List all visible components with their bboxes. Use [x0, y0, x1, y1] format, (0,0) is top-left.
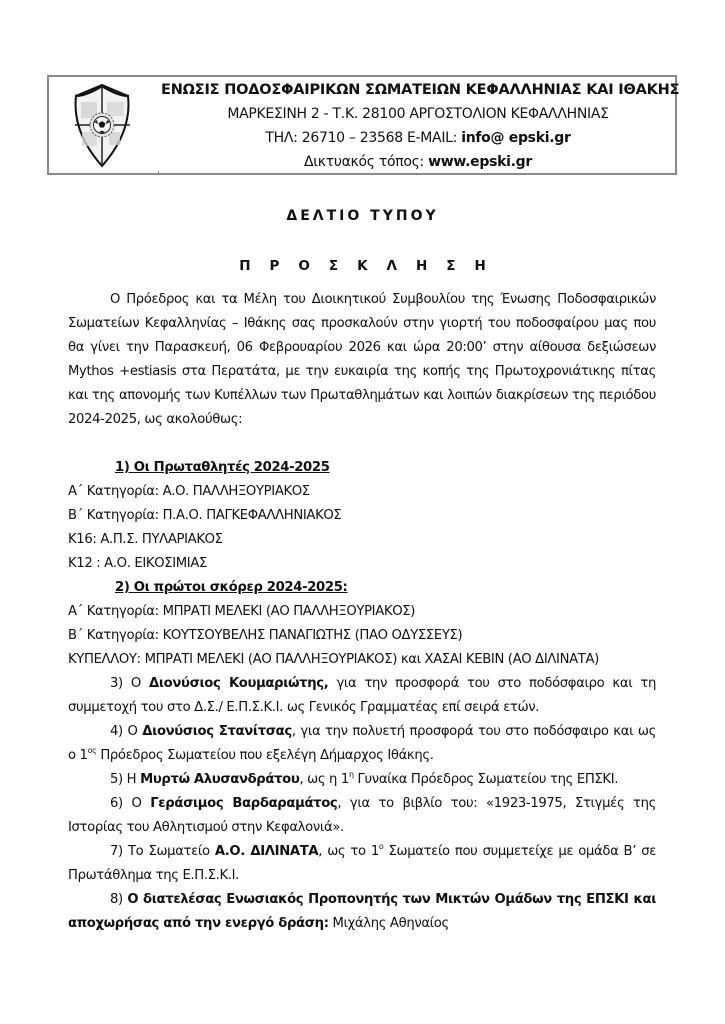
honoree-name: Διονύσιος Κουμαριώτης,	[149, 676, 328, 691]
scorer-item: Α΄ Κατηγορία: ΜΠΡΑΤΙ ΜΕΛΕΚΙ (ΑΟ ΠΑΛΛΗΞΟΥ…	[68, 600, 656, 624]
org-address: ΜΑΡΚΕΣΙΝΗ 2 - Τ.Κ. 28100 ΑΡΓΟΣΤΟΛΙΟΝ ΚΕΦ…	[161, 102, 675, 126]
document-page: ΕΝΩΣΙΣ ΠΟΔΟΣΦΑΙΡΙΚΩΝ ΣΩΜΑΤΕΙΩΝ ΚΕΦΑΛΛΗΝΙ…	[0, 0, 725, 1024]
org-website: Δικτυακός τόπος: www.epski.gr	[161, 150, 675, 174]
honor-item-7: 7) Το Σωματείο Α.Ο. ΔΙΛΙΝΑΤΑ, ως το 1ο Σ…	[68, 840, 656, 888]
section-champions-title: 1) Οι Πρωταθλητές 2024-2025	[68, 456, 656, 480]
website-link[interactable]: www.epski.gr	[428, 154, 532, 170]
champion-item: Β΄ Κατηγορία: Π.Α.Ο. ΠΑΓΚΕΦΑΛΛΗΝΙΑΚΟΣ	[68, 504, 656, 528]
honor-item-5: 5) Η Μυρτώ Αλυσανδράτου, ως η 1η Γυναίκα…	[68, 768, 656, 792]
honor-item-6: 6) Ο Γεράσιμος Βαρδαραμάτος, για το βιβλ…	[68, 792, 656, 840]
invitation-heading: ΠΡΟΣΚΛΗΣΗ	[0, 258, 725, 274]
scorer-item: Β΄ Κατηγορία: ΚΟΥΤΣΟΥΒΕΛΗΣ ΠΑΝΑΓΙΩΤΗΣ (Π…	[68, 624, 656, 648]
letterhead: ΕΝΩΣΙΣ ΠΟΔΟΣΦΑΙΡΙΚΩΝ ΣΩΜΑΤΕΙΩΝ ΚΕΦΑΛΛΗΝΙ…	[47, 75, 677, 175]
honor-item-4: 4) Ο Διονύσιος Στανίτσας, για την πολυετ…	[68, 720, 656, 768]
shield-crest-with-football-icon	[66, 82, 138, 170]
honoree-name: Γεράσιμος Βαρδαραμάτος	[150, 796, 337, 811]
honoree-name: Μυρτώ Αλυσανδράτου	[140, 772, 299, 787]
org-name: ΕΝΩΣΙΣ ΠΟΔΟΣΦΑΙΡΙΚΩΝ ΣΩΜΑΤΕΙΩΝ ΚΕΦΑΛΛΗΝΙ…	[161, 78, 675, 102]
org-contact: ΤΗΛ: 26710 – 23568 E-MAIL: info@ epski.g…	[161, 126, 675, 150]
section-scorers-title: 2) Οι πρώτοι σκόρερ 2024-2025:	[68, 576, 656, 600]
honoree-name: Α.Ο. ΔΙΛΙΝΑΤΑ	[215, 844, 318, 859]
intro-paragraph: Ο Πρόεδρος και τα Μέλη του Διοικητικού Σ…	[68, 288, 656, 432]
honor-item-8: 8) Ο διατελέσας Ενωσιακός Προπονητής των…	[68, 888, 656, 936]
email-link[interactable]: info@ epski.gr	[461, 130, 570, 146]
honor-item-3: 3) Ο Διονύσιος Κουμαριώτης, για την προσ…	[68, 672, 656, 720]
letterhead-cell-divider	[158, 171, 159, 175]
phone-label: ΤΗΛ: 26710 – 23568 E-MAIL:	[265, 130, 461, 146]
champion-item: Κ16: Α.Π.Σ. ΠΥΛΑΡΙΑΚΟΣ	[68, 528, 656, 552]
press-release-heading: ΔΕΛΤΙΟ ΤΥΠΟΥ	[0, 208, 725, 224]
honoree-name: Διονύσιος Στανίτσας	[142, 724, 292, 739]
scorer-item: ΚΥΠΕΛΛΟΥ: ΜΠΡΑΤΙ ΜΕΛΕΚΙ (ΑΟ ΠΑΛΛΗΞΟΥΡΙΑΚ…	[68, 648, 656, 672]
website-label: Δικτυακός τόπος:	[304, 154, 428, 170]
champion-item: Α΄ Κατηγορία: Α.Ο. ΠΑΛΛΗΞΟΥΡΙΑΚΟΣ	[68, 480, 656, 504]
document-body: Ο Πρόεδρος και τα Μέλη του Διοικητικού Σ…	[68, 288, 656, 936]
champion-item: Κ12 : Α.Ο. ΕΙΚΟΣΙΜΙΑΣ	[68, 552, 656, 576]
